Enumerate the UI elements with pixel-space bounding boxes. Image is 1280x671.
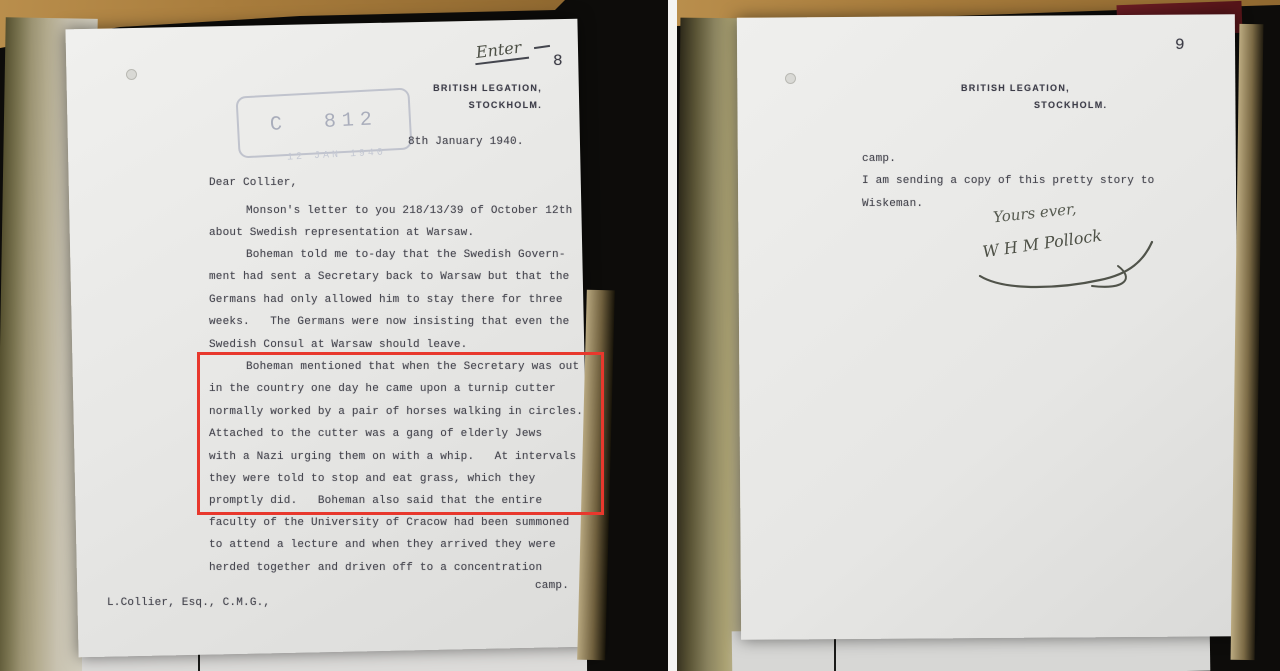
addressee-line: L.Collier, Esq., C.M.G., (107, 597, 270, 609)
red-highlight-box (197, 352, 604, 515)
letterhead-line1: BRITISH LEGATION, (961, 83, 1070, 93)
letterhead-line1: BRITISH LEGATION, (420, 83, 542, 93)
text-line: Monson's letter to you 218/13/39 of Octo… (209, 200, 572, 222)
punch-hole (126, 69, 137, 80)
binding-mark (198, 652, 200, 671)
text-line: I am sending a copy of this pretty story… (862, 170, 1154, 192)
page-number: 9 (1175, 36, 1186, 54)
text-line: Germans had only allowed him to stay the… (209, 289, 569, 311)
letterhead-line2: STOCKHOLM. (420, 100, 542, 110)
paragraph-1: Monson's letter to you 218/13/39 of Octo… (209, 200, 572, 245)
right-photo-page-9: 9 BRITISH LEGATION, STOCKHOLM. camp.I am… (677, 0, 1280, 671)
text-line: about Swedish representation at Warsaw. (209, 222, 572, 244)
text-line: to attend a lecture and when they arrive… (209, 534, 569, 556)
letter-page-9 (737, 14, 1239, 639)
photo-divider (668, 0, 677, 671)
text-line: ment had sent a Secretary back to Warsaw… (209, 266, 569, 288)
left-photo-page-8: Enter 8 BRITISH LEGATION, STOCKHOLM. C 8… (0, 0, 668, 671)
date-line: 8th January 1940. (408, 136, 524, 148)
text-line: camp. (862, 148, 1154, 170)
page-number: 8 (553, 52, 564, 70)
salutation: Dear Collier, (209, 177, 297, 189)
text-line: herded together and driven off to a conc… (209, 557, 569, 579)
text-line: Boheman told me to-day that the Swedish … (209, 244, 569, 266)
text-line: faculty of the University of Cracow had … (209, 512, 569, 534)
binding-mark (834, 638, 836, 671)
punch-hole (785, 73, 796, 84)
text-line: weeks. The Germans were now insisting th… (209, 311, 569, 333)
registry-stamp: C 812 (235, 87, 412, 158)
paragraph-3-continued: faculty of the University of Cracow had … (209, 512, 569, 579)
camp-word: camp. (535, 580, 569, 592)
body-lines: camp.I am sending a copy of this pretty … (862, 148, 1154, 215)
archival-photo-canvas: Enter 8 BRITISH LEGATION, STOCKHOLM. C 8… (0, 0, 1280, 671)
paragraph-2: Boheman told me to-day that the Swedish … (209, 244, 569, 356)
handwritten-signature: W H M Pollock (972, 228, 1172, 303)
letterhead-line2: STOCKHOLM. (1034, 100, 1107, 110)
